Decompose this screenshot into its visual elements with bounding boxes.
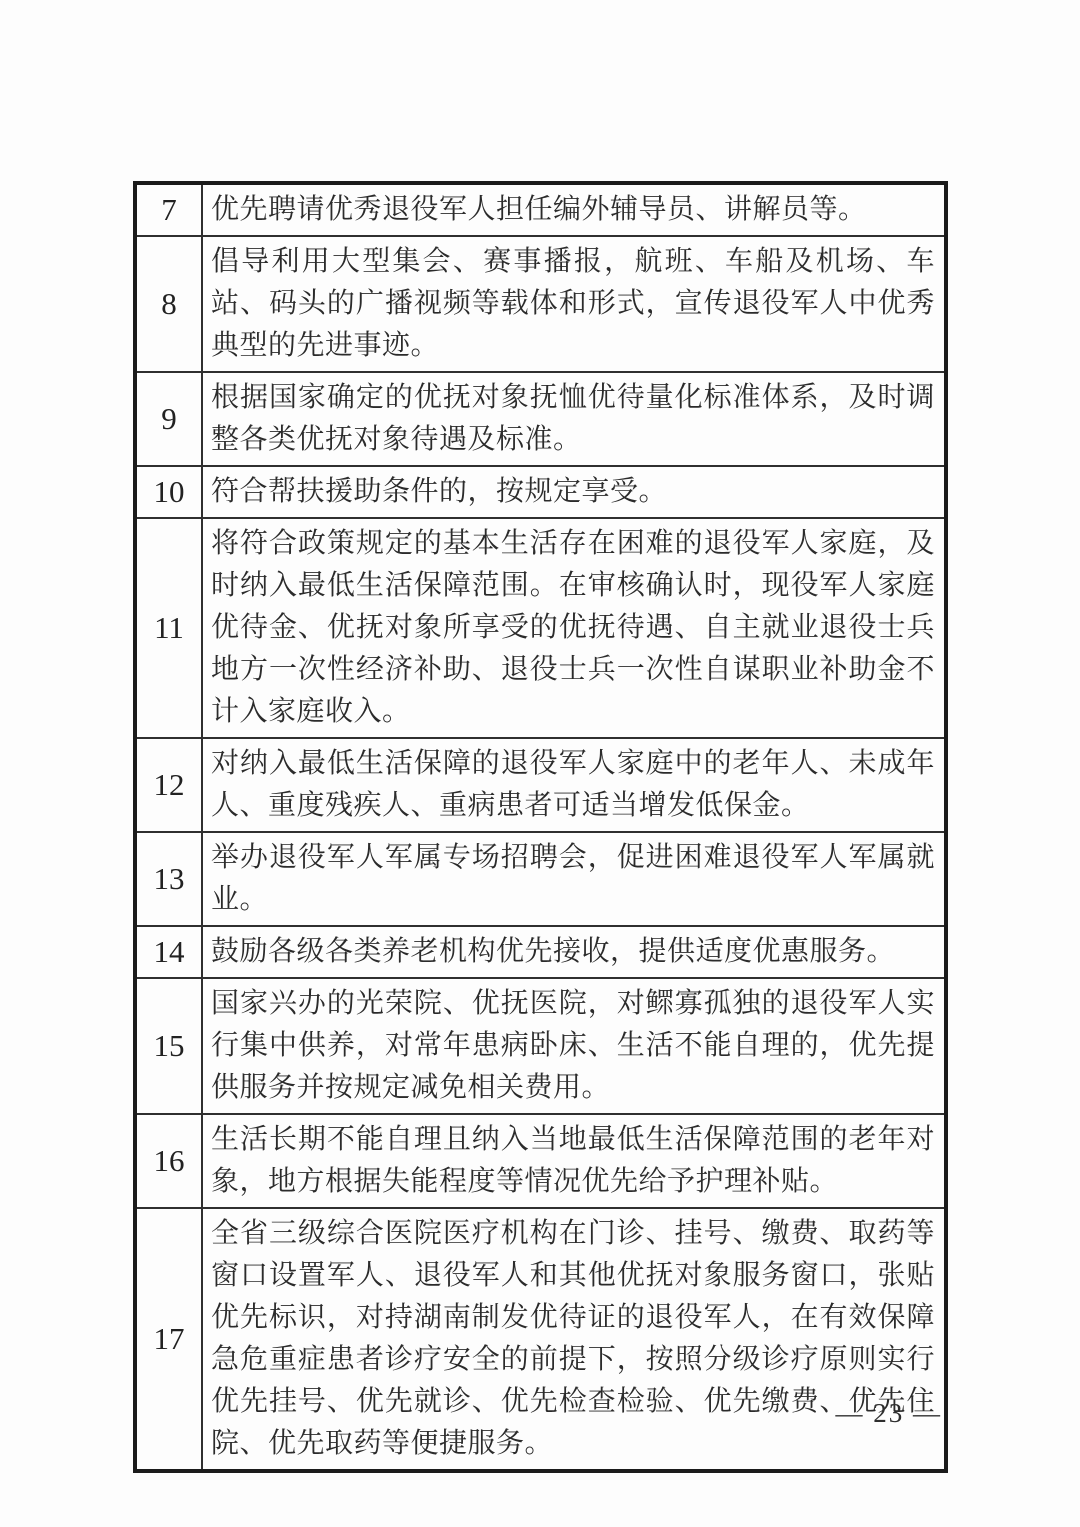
page-number: — 23 — <box>836 1398 943 1429</box>
row-text: 将符合政策规定的基本生活存在困难的退役军人家庭，及时纳入最低生活保障范围。在审核… <box>202 518 946 738</box>
table-row: 10 符合帮扶援助条件的，按规定享受。 <box>135 466 946 518</box>
table-row: 14 鼓励各级各类养老机构优先接收，提供适度优惠服务。 <box>135 926 946 978</box>
row-text: 根据国家确定的优抚对象抚恤优待量化标准体系，及时调整各类优抚对象待遇及标准。 <box>202 372 946 466</box>
table-row: 12 对纳入最低生活保障的退役军人家庭中的老年人、未成年人、重度残疾人、重病患者… <box>135 738 946 832</box>
row-text: 鼓励各级各类养老机构优先接收，提供适度优惠服务。 <box>202 926 946 978</box>
row-text: 倡导利用大型集会、赛事播报，航班、车船及机场、车站、码头的广播视频等载体和形式，… <box>202 236 946 372</box>
row-number: 11 <box>135 518 202 738</box>
table-row: 17 全省三级综合医院医疗机构在门诊、挂号、缴费、取药等窗口设置军人、退役军人和… <box>135 1208 946 1471</box>
table-row: 8 倡导利用大型集会、赛事播报，航班、车船及机场、车站、码头的广播视频等载体和形… <box>135 236 946 372</box>
row-text: 生活长期不能自理且纳入当地最低生活保障范围的老年对象，地方根据失能程度等情况优先… <box>202 1114 946 1208</box>
row-number: 13 <box>135 832 202 926</box>
row-number: 9 <box>135 372 202 466</box>
document-page: 7 优先聘请优秀退役军人担任编外辅导员、讲解员等。 8 倡导利用大型集会、赛事播… <box>0 0 1080 1527</box>
row-text: 举办退役军人军属专场招聘会，促进困难退役军人军属就业。 <box>202 832 946 926</box>
table-row: 15 国家兴办的光荣院、优抚医院，对鳏寡孤独的退役军人实行集中供养，对常年患病卧… <box>135 978 946 1114</box>
benefits-table-body: 7 优先聘请优秀退役军人担任编外辅导员、讲解员等。 8 倡导利用大型集会、赛事播… <box>135 183 946 1471</box>
row-number: 17 <box>135 1208 202 1471</box>
row-text: 优先聘请优秀退役军人担任编外辅导员、讲解员等。 <box>202 183 946 236</box>
table-row: 7 优先聘请优秀退役军人担任编外辅导员、讲解员等。 <box>135 183 946 236</box>
table-row: 9 根据国家确定的优抚对象抚恤优待量化标准体系，及时调整各类优抚对象待遇及标准。 <box>135 372 946 466</box>
row-text: 对纳入最低生活保障的退役军人家庭中的老年人、未成年人、重度残疾人、重病患者可适当… <box>202 738 946 832</box>
row-number: 8 <box>135 236 202 372</box>
benefits-table: 7 优先聘请优秀退役军人担任编外辅导员、讲解员等。 8 倡导利用大型集会、赛事播… <box>133 181 948 1473</box>
row-text: 符合帮扶援助条件的，按规定享受。 <box>202 466 946 518</box>
row-text: 国家兴办的光荣院、优抚医院，对鳏寡孤独的退役军人实行集中供养，对常年患病卧床、生… <box>202 978 946 1114</box>
row-number: 7 <box>135 183 202 236</box>
table-row: 13 举办退役军人军属专场招聘会，促进困难退役军人军属就业。 <box>135 832 946 926</box>
row-number: 15 <box>135 978 202 1114</box>
row-number: 16 <box>135 1114 202 1208</box>
row-number: 10 <box>135 466 202 518</box>
row-text: 全省三级综合医院医疗机构在门诊、挂号、缴费、取药等窗口设置军人、退役军人和其他优… <box>202 1208 946 1471</box>
table-row: 11 将符合政策规定的基本生活存在困难的退役军人家庭，及时纳入最低生活保障范围。… <box>135 518 946 738</box>
table-row: 16 生活长期不能自理且纳入当地最低生活保障范围的老年对象，地方根据失能程度等情… <box>135 1114 946 1208</box>
row-number: 14 <box>135 926 202 978</box>
row-number: 12 <box>135 738 202 832</box>
